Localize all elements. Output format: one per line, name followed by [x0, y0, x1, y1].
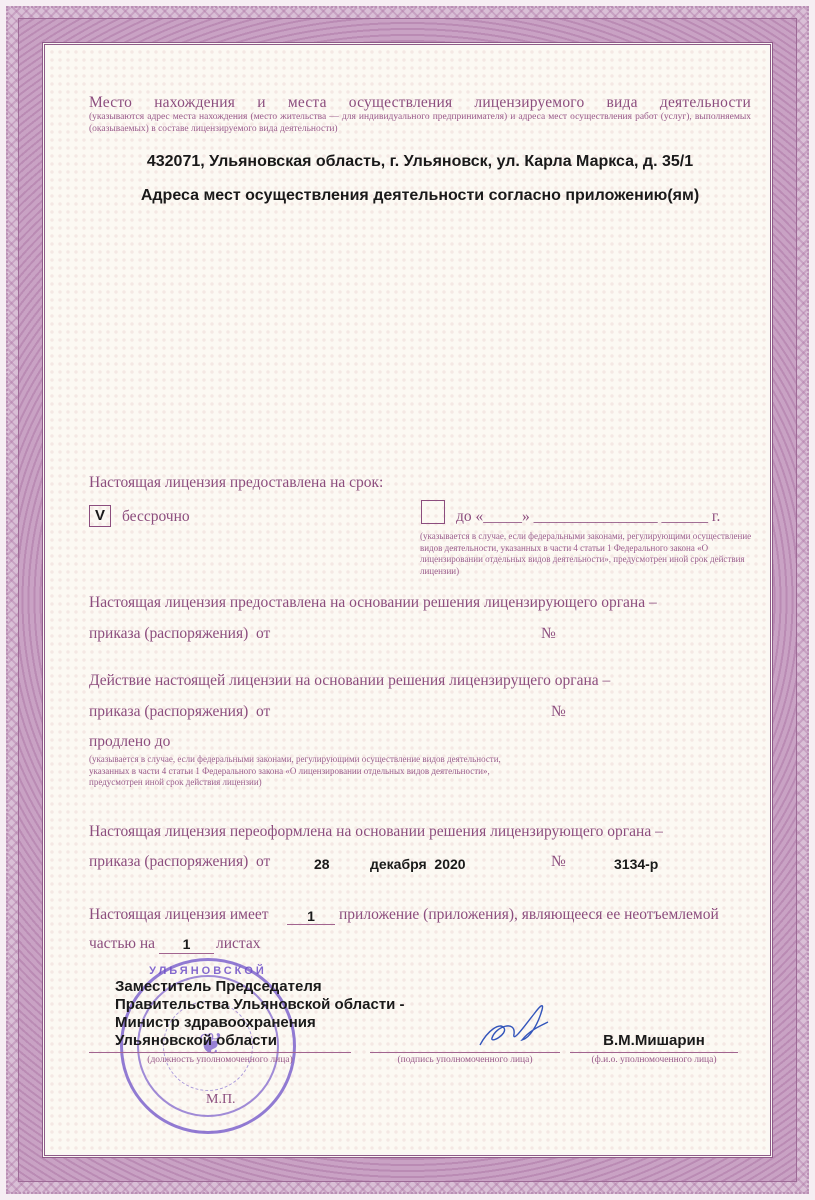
position-line: Министр здравоохранения: [115, 1014, 405, 1032]
extended-heading: Действие настоящей лицензии на основании…: [89, 672, 610, 690]
address: 432071, Ульяновская область, г. Ульяновс…: [80, 153, 760, 171]
check-mark: V: [90, 506, 110, 526]
reissued-day: 28: [314, 856, 330, 872]
extended-number-label: №: [551, 703, 566, 721]
indefinite-checkbox[interactable]: V: [89, 505, 111, 527]
granted-number-label: №: [541, 625, 556, 643]
reissued-number: 3134-р: [614, 856, 658, 872]
seal-place-label: М.П.: [206, 1092, 236, 1108]
position-line: Заместитель Председателя: [115, 978, 405, 996]
granted-heading: Настоящая лицензия предоставлена на осно…: [89, 594, 657, 612]
until-date-label: до «_____» ________________ ______ г.: [456, 508, 720, 526]
position-line: Ульяновской области: [115, 1032, 405, 1050]
name-caption: (ф.и.о. уполномоченного лица): [570, 1054, 738, 1066]
location-note: (указываются адрес места нахождения (мес…: [89, 111, 751, 135]
handwritten-signature: [470, 1000, 560, 1050]
appendix-text-after: приложение (приложения), являющееся ее н…: [339, 906, 719, 924]
reissued-month-year: декабря 2020: [370, 856, 466, 872]
until-date-note: (указывается в случае, если федеральными…: [420, 531, 755, 577]
position-caption: (должность уполномоченного лица): [89, 1054, 351, 1066]
seal-text: УЛЬЯНОВСКОЙ: [123, 965, 293, 977]
appendix-text-before: Настоящая лицензия имеет: [89, 906, 268, 924]
signatory-position: Заместитель Председателя Правительства У…: [115, 978, 405, 1050]
extended-note: (указывается в случае, если федеральными…: [89, 754, 529, 789]
granted-order-label: приказа (распоряжения) от: [89, 625, 270, 643]
reissued-heading: Настоящая лицензия переоформлена на осно…: [89, 823, 663, 841]
signature-line-field: [370, 1052, 560, 1053]
until-date-checkbox[interactable]: [421, 500, 445, 524]
extended-order-label: приказа (распоряжения) от: [89, 703, 270, 721]
term-heading: Настоящая лицензия предоставлена на срок…: [89, 474, 383, 492]
signatory-name: В.М.Мишарин: [570, 1032, 738, 1049]
reissued-number-label: №: [551, 853, 566, 871]
sheets-text-after: листах: [216, 935, 261, 953]
position-line: Правительства Ульяновской области -: [115, 996, 405, 1014]
position-line-field: [89, 1052, 351, 1053]
addresses-note: Адреса мест осуществления деятельности с…: [80, 187, 760, 205]
signature-caption: (подпись уполномоченного лица): [370, 1054, 560, 1066]
name-line-field: [570, 1052, 738, 1053]
appendix-count: 1: [287, 908, 335, 924]
indefinite-label: бессрочно: [122, 508, 190, 526]
sheets-count: 1: [159, 936, 214, 952]
extended-until-label: продлено до: [89, 733, 170, 751]
location-heading: Место нахождения и места осуществления л…: [89, 94, 751, 112]
sheets-text-before: частью на: [89, 935, 155, 953]
reissued-order-label: приказа (распоряжения) от: [89, 853, 270, 871]
